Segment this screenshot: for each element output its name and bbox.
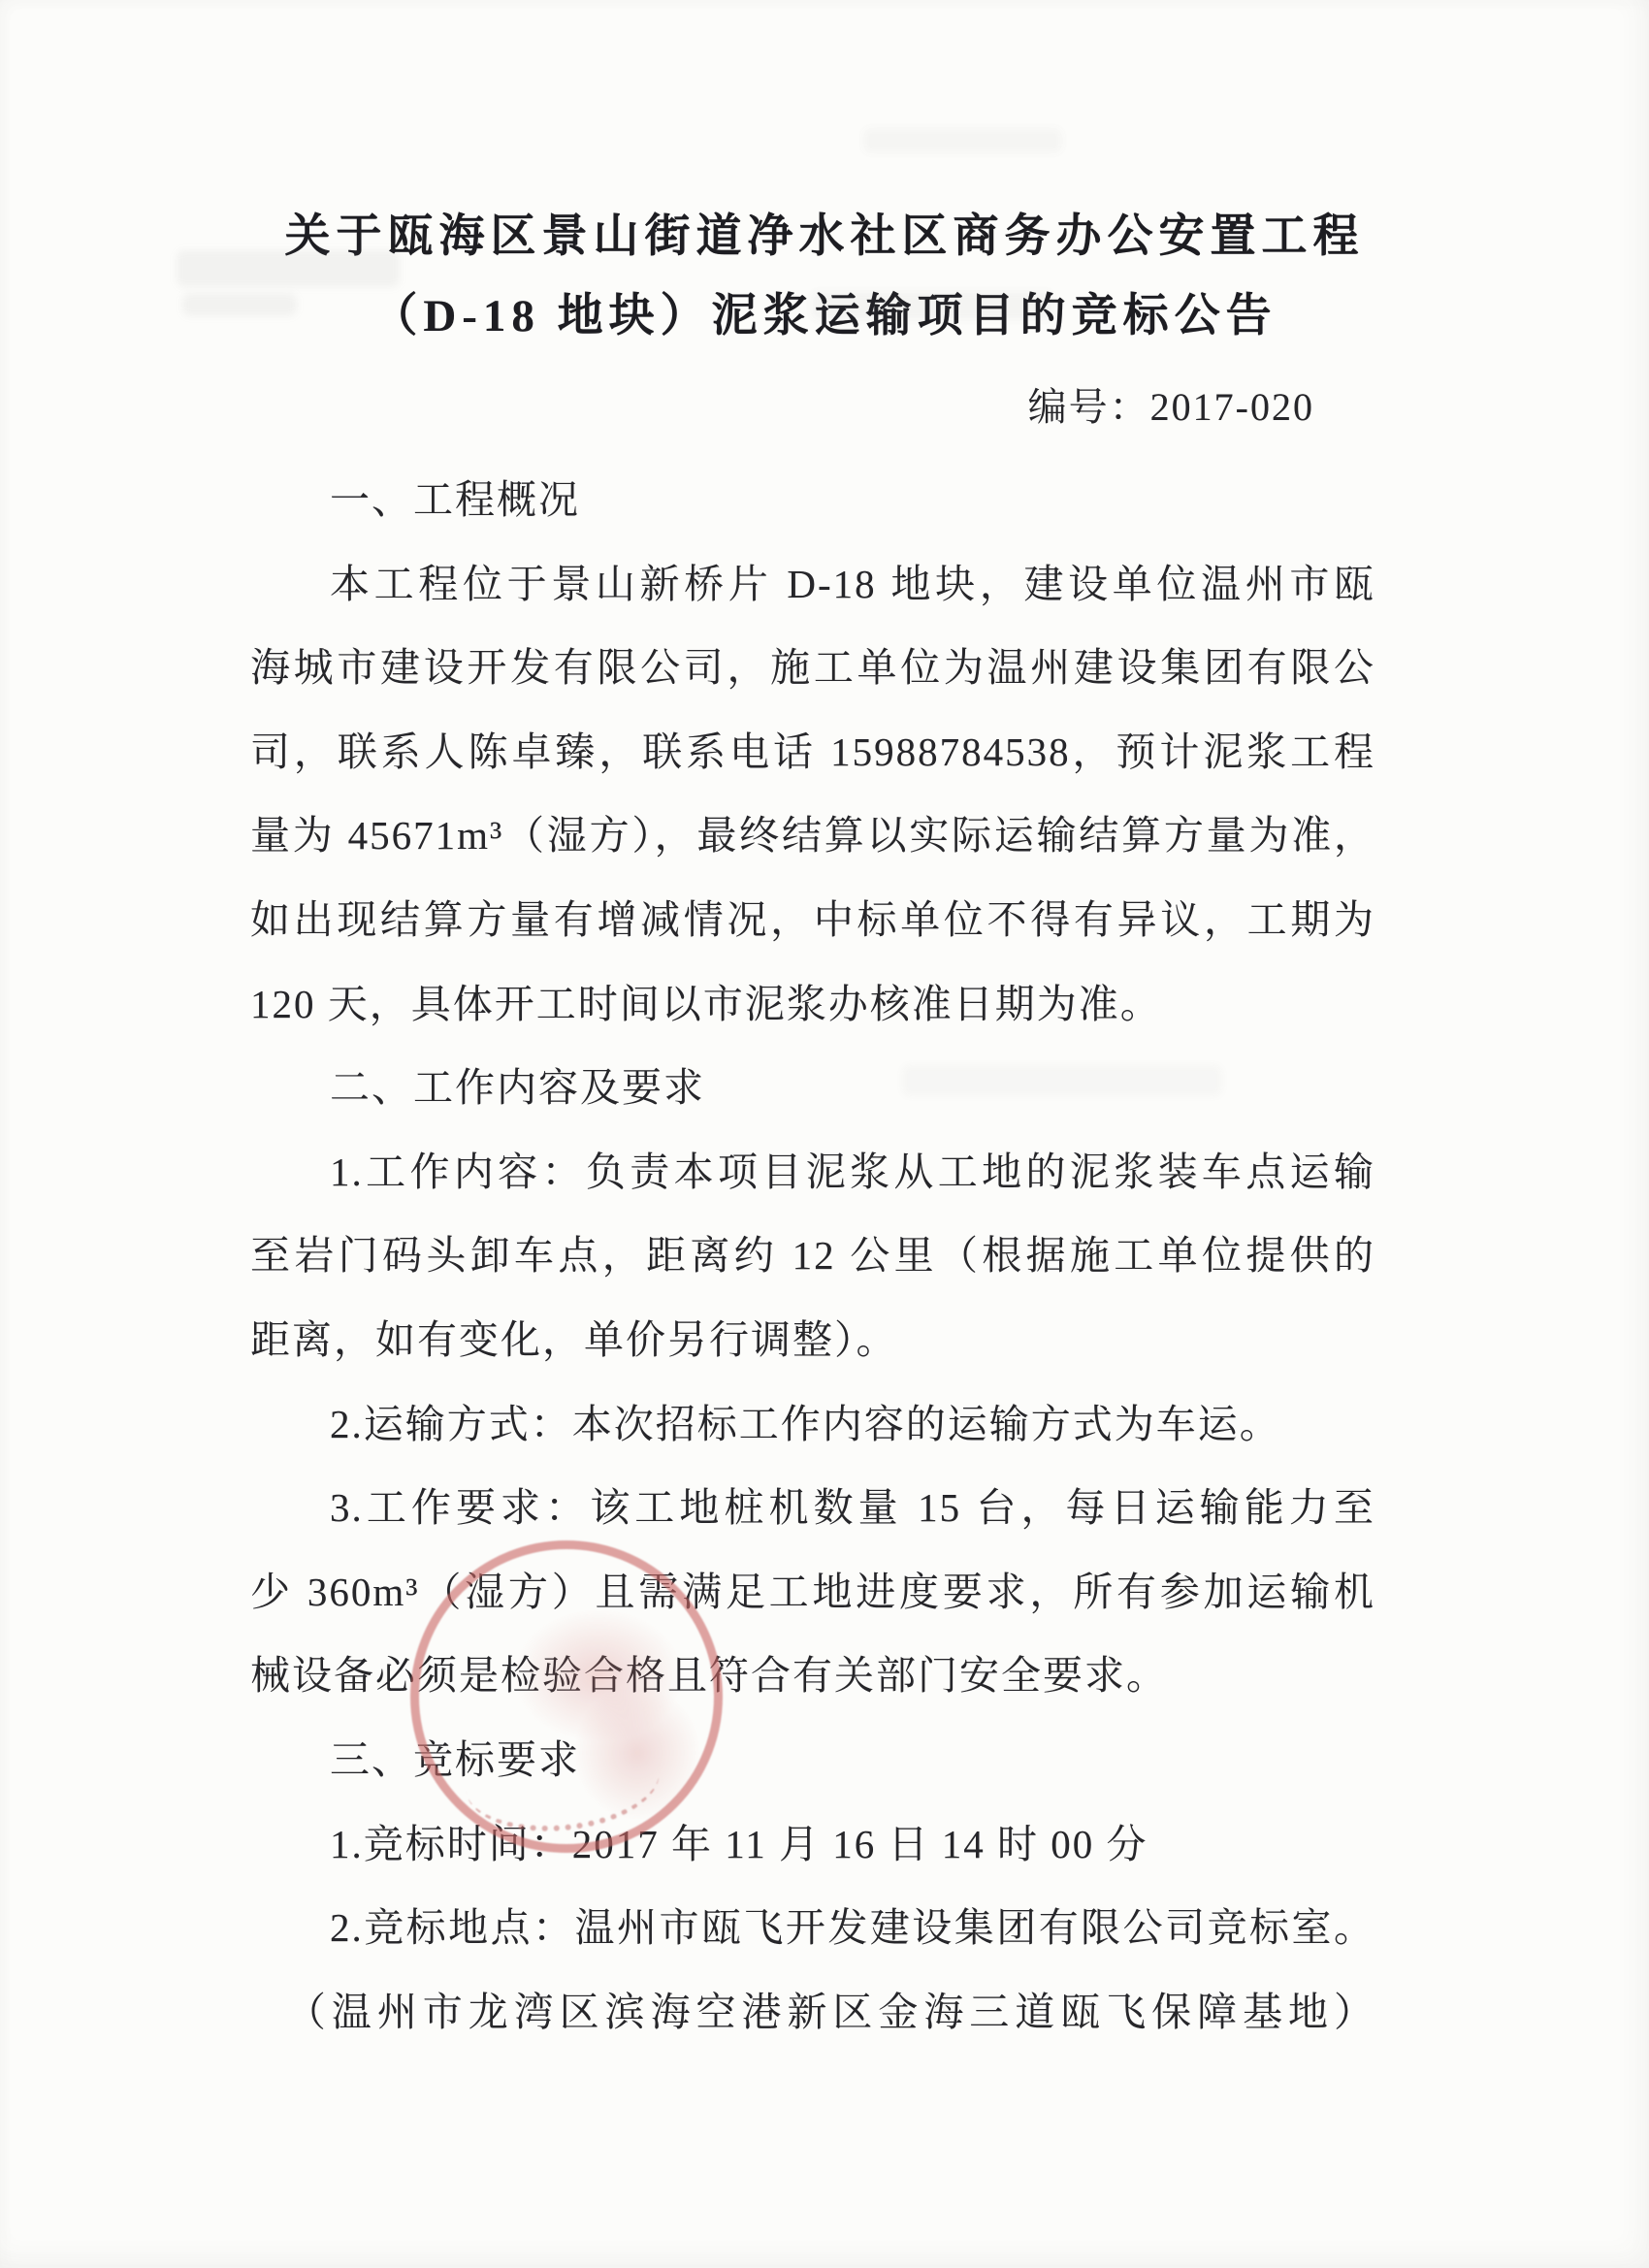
body-line: 械设备必须是检验合格且符合有关部门安全要求。 [250,1634,1375,1718]
body-line: 3.工作要求：该工地桩机数量 15 台，每日运输能力至 [250,1466,1375,1550]
document-title-line1: 关于瓯海区景山街道净水社区商务办公安置工程 [0,197,1649,276]
section-heading: 三、竞标要求 [250,1718,1375,1802]
document-title-line2: （D-18 地块）泥浆运输项目的竞标公告 [0,276,1649,356]
document-title: 关于瓯海区景山街道净水社区商务办公安置工程 （D-18 地块）泥浆运输项目的竞标… [0,197,1649,356]
body-line: 量为 45671m³（湿方），最终结算以实际运输结算方量为准， [250,794,1375,878]
body-line: （温州市龙湾区滨海空港新区金海三道瓯飞保障基地） [250,1970,1375,2055]
body-line: 1.竞标时间：2017 年 11 月 16 日 14 时 00 分 [250,1802,1375,1887]
body-line: 2.竞标地点：温州市瓯飞开发建设集团有限公司竞标室。 [250,1886,1375,1970]
body-line: 1.工作内容：负责本项目泥浆从工地的泥浆装车点运输 [250,1130,1375,1215]
scanned-document-page: 关于瓯海区景山街道净水社区商务办公安置工程 （D-18 地块）泥浆运输项目的竞标… [0,0,1649,2268]
body-line: 少 360m³（湿方）且需满足工地进度要求，所有参加运输机 [250,1550,1375,1635]
body-line: 至岩门码头卸车点，距离约 12 公里（根据施工单位提供的 [250,1214,1375,1298]
body-line: 如出现结算方量有增减情况，中标单位不得有异议，工期为 [250,878,1375,962]
document-body: 一、工程概况 本工程位于景山新桥片 D-18 地块，建设单位温州市瓯 海城市建设… [250,458,1375,2054]
body-line: 司，联系人陈卓臻，联系电话 15988784538，预计泥浆工程 [250,710,1375,794]
body-line: 本工程位于景山新桥片 D-18 地块，建设单位温州市瓯 [250,542,1375,627]
body-line: 海城市建设开发有限公司，施工单位为温州建设集团有限公 [250,626,1375,710]
body-line: 120 天，具体开工时间以市泥浆办核准日期为准。 [250,962,1375,1047]
body-line: 2.运输方式：本次招标工作内容的运输方式为车运。 [250,1382,1375,1467]
scan-artifact [863,128,1062,153]
section-heading: 一、工程概况 [250,458,1375,542]
body-line: 距离，如有变化，单价另行调整）。 [250,1298,1375,1382]
document-number: 编号：2017-020 [1028,376,1314,432]
section-heading: 二、工作内容及要求 [250,1046,1375,1130]
